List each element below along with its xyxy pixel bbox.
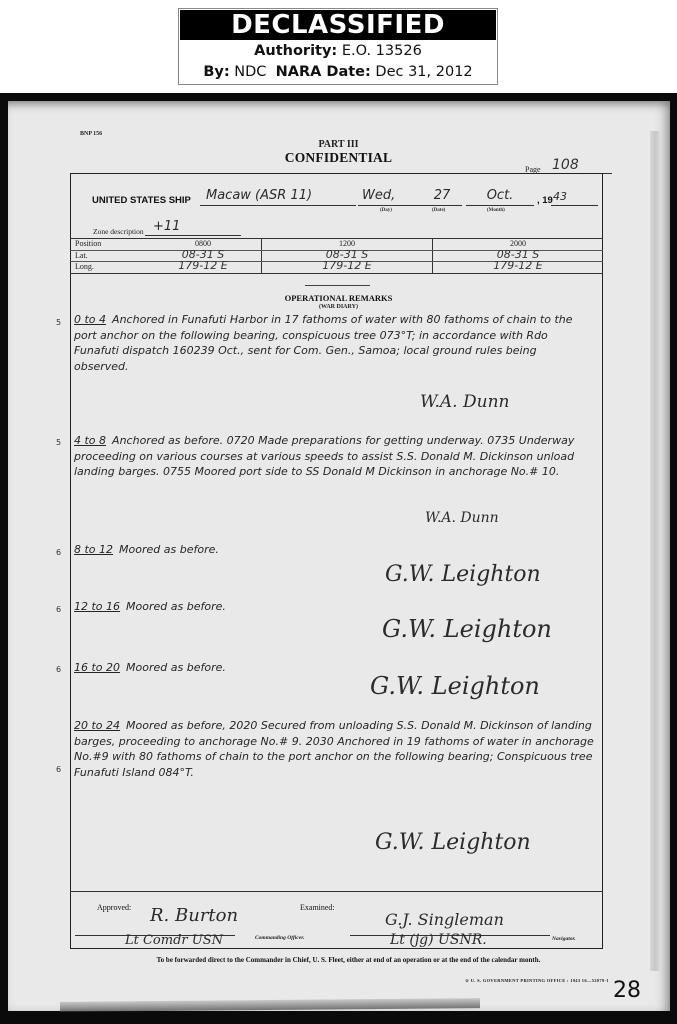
paper-edge-shadow <box>650 131 660 971</box>
authority-value: E.O. 13526 <box>342 43 422 59</box>
watch-period: 16 to 20 <box>74 661 120 674</box>
stamp-by-date: By: NDC NARA Date: Dec 31, 2012 <box>179 62 497 83</box>
declassified-stamp: DECLASSIFIED Authority: E.O. 13526 By: N… <box>178 8 498 85</box>
diary-entry: 4 to 8Anchored as before. 0720 Made prep… <box>74 433 594 480</box>
form-number: BNP 156 <box>80 131 102 137</box>
section-divider <box>305 285 370 286</box>
commanding-officer-rank: Lt Comdr USN <box>125 933 223 948</box>
day-caption: (Day) <box>380 208 392 213</box>
page-number-field: 108 <box>544 157 612 174</box>
remarks-title: OPERATIONAL REMARKS <box>0 293 677 303</box>
ship-name-field: Macaw (ASR 11) <box>200 187 356 206</box>
by-value: NDC <box>234 64 266 80</box>
authority-label: Authority: <box>254 43 337 59</box>
entry-text: Anchored as before. 0720 Made preparatio… <box>74 434 574 478</box>
approval-divider <box>70 891 603 892</box>
remarks-subtitle: (WAR DIARY) <box>0 304 677 310</box>
watch-period: 20 to 24 <box>74 719 120 732</box>
printing-office-line: ☆ U. S. GOVERNMENT PRINTING OFFICE : 194… <box>465 978 609 984</box>
lat-label: Lat. <box>70 251 145 262</box>
long-2000: 179-12 E <box>493 259 542 272</box>
officer-signature: W.A. Dunn <box>425 510 499 526</box>
ship-label: UNITED STATES SHIP <box>92 195 191 206</box>
month-field: Oct. <box>466 187 534 206</box>
date-caption: (Date) <box>432 208 445 213</box>
commanding-officer-signature: R. Burton <box>150 905 238 926</box>
forwarding-instruction: To be forwarded direct to the Commander … <box>0 956 677 964</box>
navigator-caption: Navigator. <box>552 936 576 942</box>
watch-period: 12 to 16 <box>74 600 120 613</box>
entry-text: Moored as before. <box>119 543 219 556</box>
officer-signature: G.W. Leighton <box>375 830 531 855</box>
position-table: Position 0800 1200 2000 Lat. 08-31 S 08-… <box>70 238 603 274</box>
diary-entry: 12 to 16Moored as before. <box>74 599 594 615</box>
long-2000-cell: 179-12 E <box>432 262 603 273</box>
officer-signature: G.W. Leighton <box>385 562 541 587</box>
year-field: 43 <box>551 188 598 206</box>
long-1200-cell: 179-12 E <box>261 262 432 273</box>
position-label: Position <box>70 239 145 250</box>
stamp-title: DECLASSIFIED <box>180 10 496 40</box>
month-caption: (Month) <box>487 208 505 213</box>
diary-entry: 0 to 4Anchored in Funafuti Harbor in 17 … <box>74 312 594 374</box>
watch-period: 0 to 4 <box>74 313 106 326</box>
zone-label: Zone description <box>93 227 144 236</box>
watch-period: 8 to 12 <box>74 543 113 556</box>
date-field: 27 <box>422 187 462 206</box>
part-heading: PART III <box>0 139 677 150</box>
long-0800-cell: 179-12 E <box>145 262 261 273</box>
commanding-officer-caption: Commanding Officer. <box>255 935 304 941</box>
nara-date-value: Dec 31, 2012 <box>375 64 472 80</box>
entry-text: Moored as before. <box>126 600 226 613</box>
diary-entry: 8 to 12Moored as before. <box>74 542 594 558</box>
margin-number: 6 <box>56 665 61 674</box>
margin-number: 6 <box>56 765 61 774</box>
officer-signature: W.A. Dunn <box>420 392 509 412</box>
margin-number: 6 <box>56 548 61 557</box>
margin-number: 6 <box>56 605 61 614</box>
officer-signature: G.W. Leighton <box>382 615 552 643</box>
entry-text: Moored as before. <box>126 661 226 674</box>
diary-entry: 20 to 24Moored as before, 2020 Secured f… <box>74 718 594 780</box>
by-label: By: <box>203 64 229 80</box>
entry-text: Anchored in Funafuti Harbor in 17 fathom… <box>74 313 573 373</box>
stamp-authority: Authority: E.O. 13526 <box>179 41 497 62</box>
long-0800: 179-12 E <box>178 259 227 272</box>
examined-label: Examined: <box>300 903 335 912</box>
officer-signature: G.W. Leighton <box>370 672 540 700</box>
day-field: Wed, <box>358 187 422 206</box>
approved-label: Approved: <box>97 903 131 912</box>
zone-field: +11 <box>145 219 241 236</box>
long-1200: 179-12 E <box>322 259 371 272</box>
watch-period: 4 to 8 <box>74 434 106 447</box>
longitude-row: Long. 179-12 E 179-12 E 179-12 E <box>70 262 603 273</box>
navigator-rank: Lt (jg) USNR. <box>390 932 487 948</box>
archive-page-number: 28 <box>613 978 641 1003</box>
navigator-signature: G.J. Singleman <box>385 910 504 929</box>
margin-number: 5 <box>56 438 61 447</box>
long-label: Long. <box>70 262 145 273</box>
nara-date-label: NARA Date: <box>276 64 371 80</box>
margin-number: 5 <box>56 318 61 327</box>
entry-text: Moored as before, 2020 Secured from unlo… <box>74 719 594 779</box>
